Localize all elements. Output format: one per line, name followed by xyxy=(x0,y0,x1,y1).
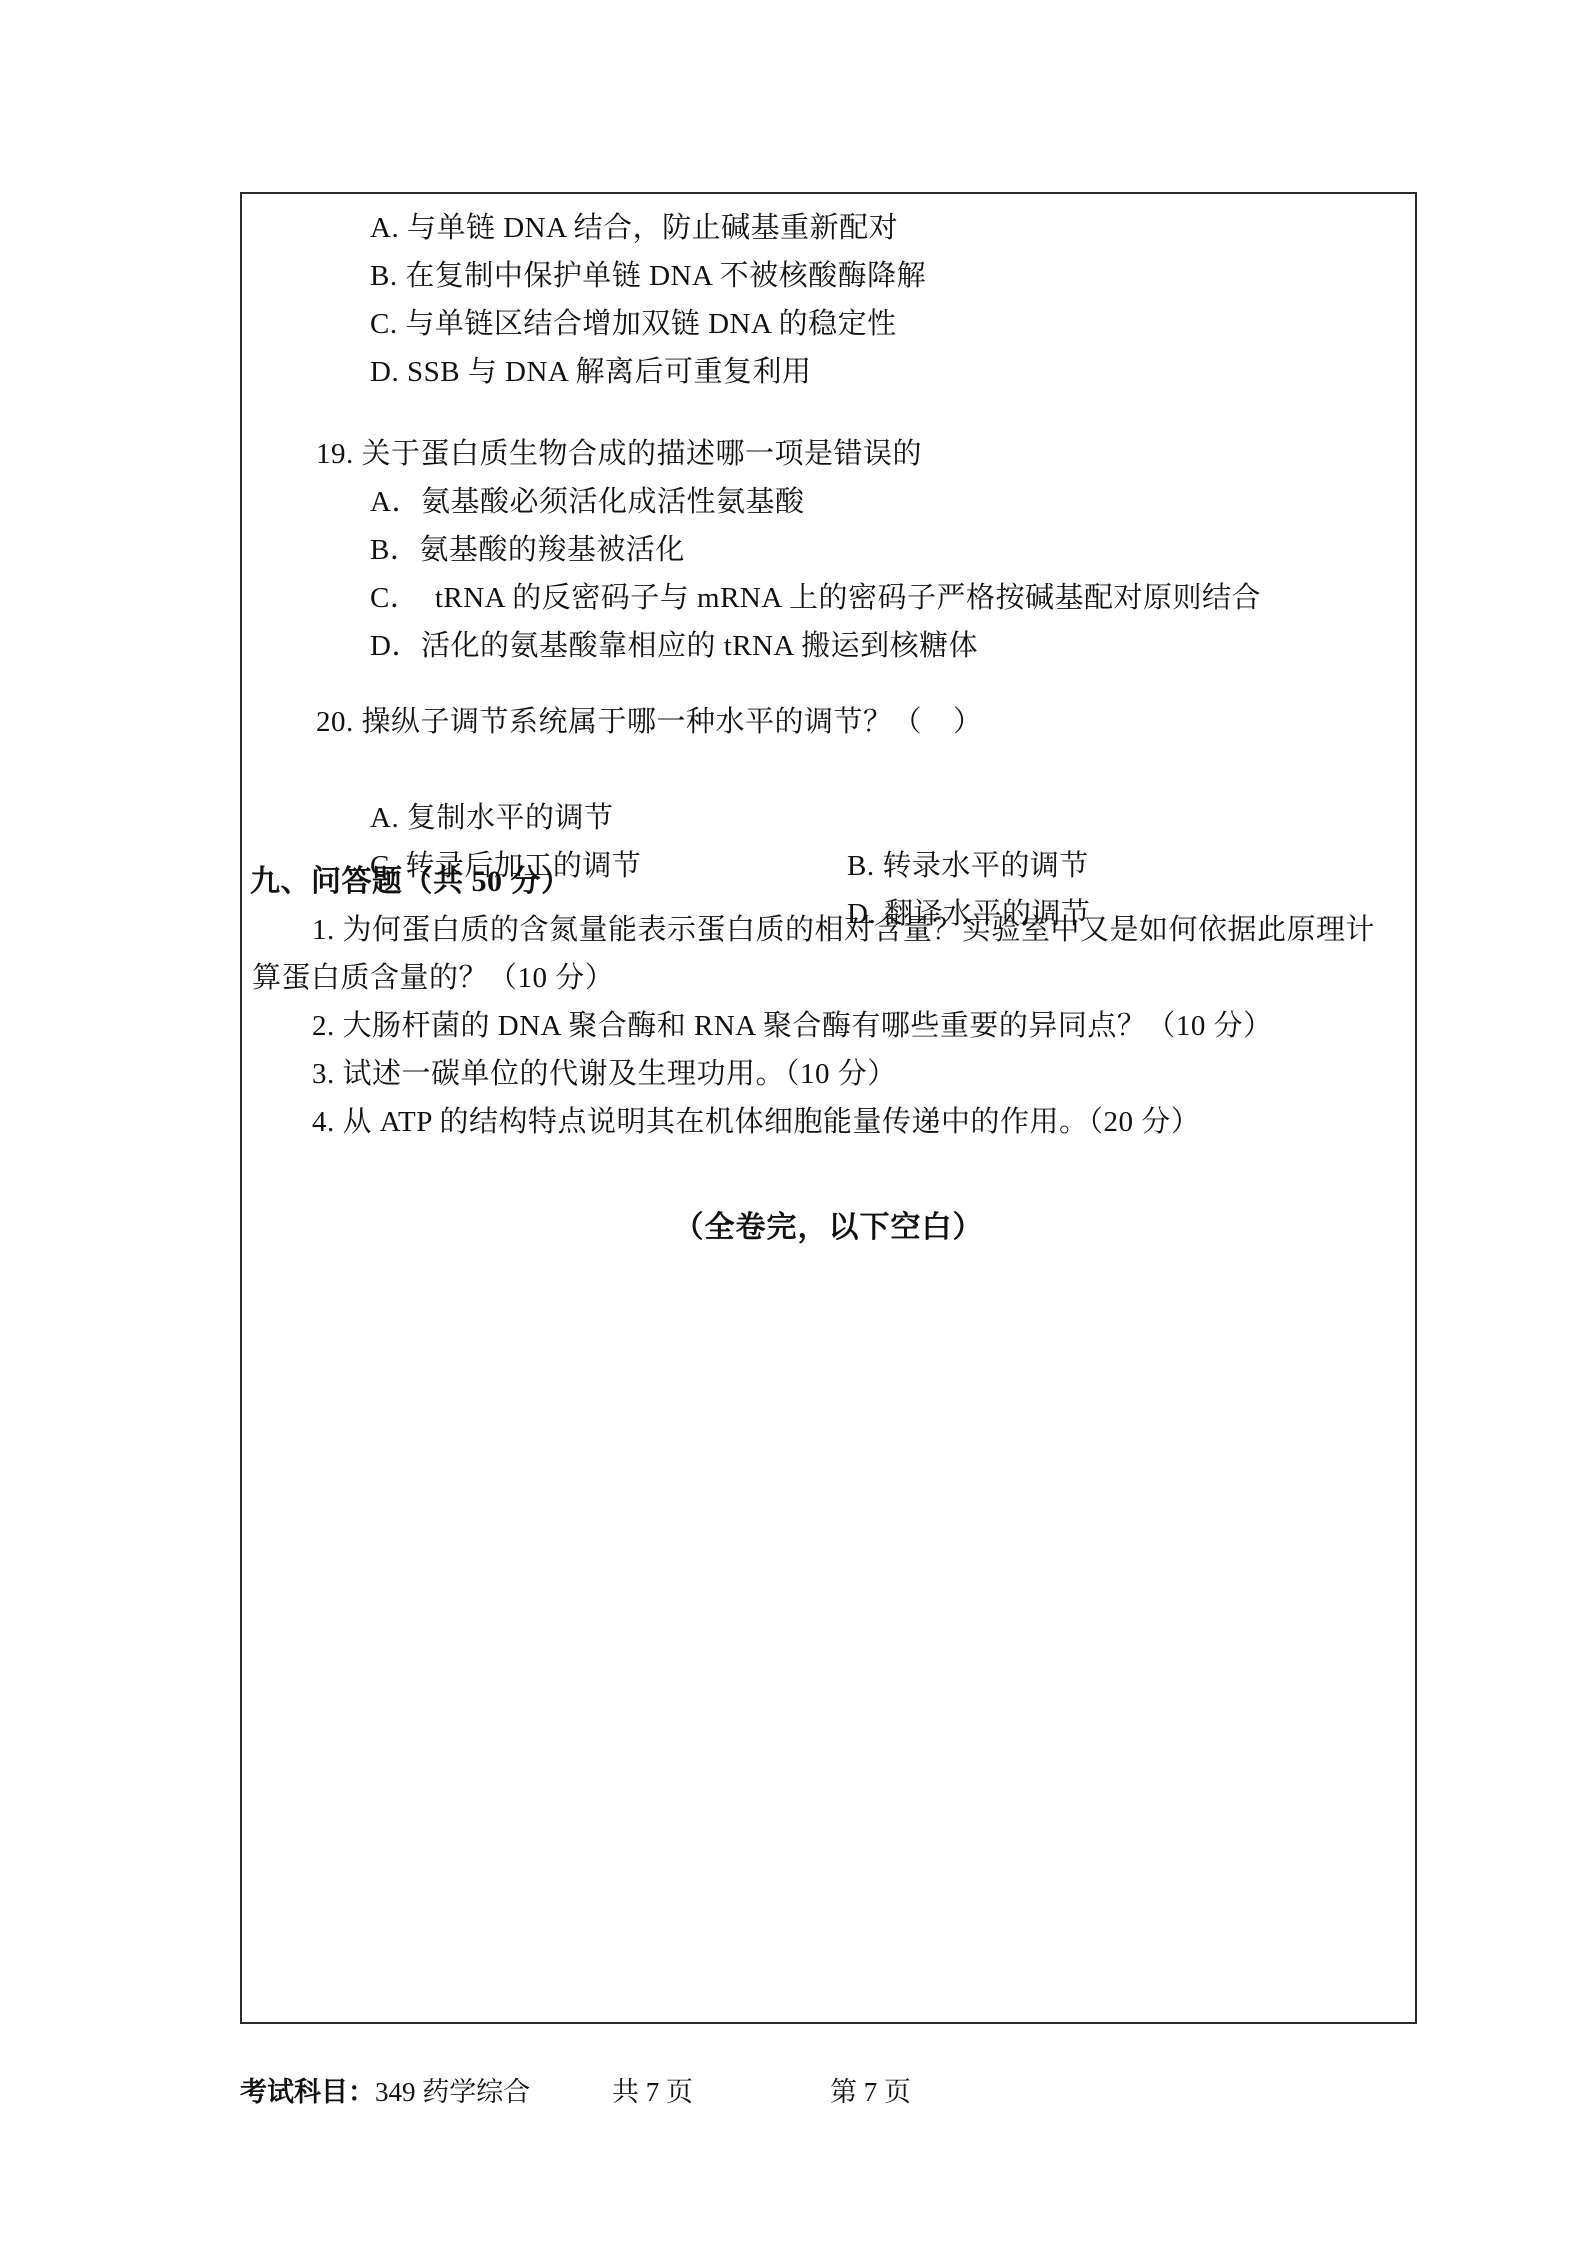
page-footer: 考试科目：349 药学综合 共 7 页 第 7 页 xyxy=(0,2070,1587,2114)
section9-item-1: 1. 为何蛋白质的含氮量能表示蛋白质的相对含量？实验室中又是如何依据此原理计算蛋… xyxy=(242,906,1415,1002)
content-frame: A. 与单链 DNA 结合，防止碱基重新配对 B. 在复制中保护单链 DNA 不… xyxy=(240,192,1417,2024)
footer-subject-value: 349 药学综合 xyxy=(375,2070,530,2114)
section9-item-4: 4. 从 ATP 的结构特点说明其在机体细胞能量传递中的作用。（20 分） xyxy=(242,1098,1415,1146)
q19-option-b: B．氨基酸的羧基被活化 xyxy=(242,526,1415,574)
q19-option-d: D．活化的氨基酸靠相应的 tRNA 搬运到核糖体 xyxy=(242,622,1415,670)
q20-option-b: B. 转录水平的调节 xyxy=(847,842,1089,890)
end-of-paper-note: （全卷完，以下空白） xyxy=(242,1202,1415,1246)
footer-current-page: 第 7 页 xyxy=(830,2070,911,2114)
exam-page: A. 与单链 DNA 结合，防止碱基重新配对 B. 在复制中保护单链 DNA 不… xyxy=(0,0,1587,2245)
footer-subject: 考试科目：349 药学综合 xyxy=(240,2070,375,2114)
q20-options-row-2: C. 转录后加工的调节 D. 翻译水平的调节 xyxy=(242,794,1415,842)
q20-option-c: C. 转录后加工的调节 xyxy=(370,842,641,890)
q19-option-c: C． tRNA 的反密码子与 mRNA 上的密码子严格按碱基配对原则结合 xyxy=(242,574,1415,622)
section9-item-2: 2. 大肠杆菌的 DNA 聚合酶和 RNA 聚合酶有哪些重要的异同点？（10 分… xyxy=(242,1002,1415,1050)
q18-option-d: D. SSB 与 DNA 解离后可重复利用 xyxy=(242,348,1415,396)
q20-stem: 20. 操纵子调节系统属于哪一种水平的调节？（ ） xyxy=(242,698,1415,746)
q19-option-a: A．氨基酸必须活化成活性氨基酸 xyxy=(242,478,1415,526)
q20-option-d: D. 翻译水平的调节 xyxy=(847,890,1090,938)
q20-options-row-1: A. 复制水平的调节 B. 转录水平的调节 xyxy=(242,746,1415,794)
q18-option-b: B. 在复制中保护单链 DNA 不被核酸酶降解 xyxy=(242,252,1415,300)
q18-option-c: C. 与单链区结合增加双链 DNA 的稳定性 xyxy=(242,300,1415,348)
section9-item-3: 3. 试述一碳单位的代谢及生理功用。（10 分） xyxy=(242,1050,1415,1098)
footer-subject-label: 考试科目： xyxy=(240,2077,375,2107)
q19-stem: 19. 关于蛋白质生物合成的描述哪一项是错误的 xyxy=(242,430,1415,478)
q18-option-a: A. 与单链 DNA 结合，防止碱基重新配对 xyxy=(242,204,1415,252)
footer-total-pages: 共 7 页 xyxy=(612,2070,693,2114)
